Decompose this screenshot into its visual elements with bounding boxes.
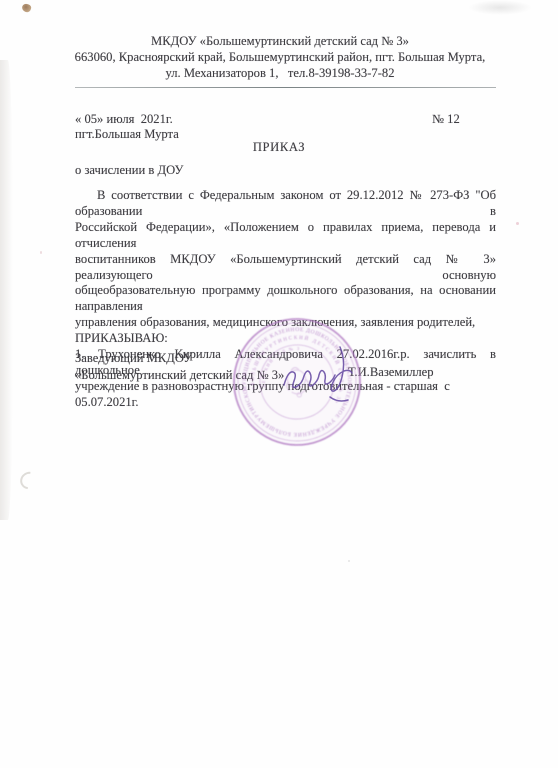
doc-subject: о зачислении в ДОУ <box>75 163 183 179</box>
scan-edge-shadow <box>0 60 13 520</box>
paper-speck <box>516 222 519 225</box>
scanner-smudge <box>468 0 532 15</box>
paper-crease-mark <box>17 468 42 492</box>
paper-speck <box>348 560 350 562</box>
org-contact: ул. Механизаторов 1, тел.8-39198-33-7-82 <box>40 66 520 82</box>
body-line: воспитанников МКДОУ «Большемуртинский де… <box>75 252 496 284</box>
org-name: МКДОУ «Большемуртинский детский сад № 3» <box>40 34 520 50</box>
doc-date: « 05» июля 2021г. <box>75 112 173 128</box>
paper-speck <box>40 251 42 254</box>
doc-number: № 12 <box>432 112 460 128</box>
document-page: МКДОУ «Большемуртинский детский сад № 3»… <box>0 0 558 768</box>
stamp-artwork: МУНИЦИПАЛЬНОЕ КАЗЕННОЕ ДОШКОЛЬНОЕ ОБРАЗО… <box>222 307 370 457</box>
org-address: 663060, Красноярский край, Большемуртинс… <box>40 50 520 66</box>
body-line: Российской Федерации», «Положением о пра… <box>75 220 496 252</box>
paper-speck <box>21 3 32 13</box>
body-line: В соответствии с Федеральным законом от … <box>75 188 496 220</box>
letterhead: МКДОУ «Большемуртинский детский сад № 3»… <box>40 34 520 82</box>
doc-title: ПРИКАЗ <box>0 140 558 156</box>
header-divider <box>75 87 496 88</box>
official-stamp: МУНИЦИПАЛЬНОЕ КАЗЕННОЕ ДОШКОЛЬНОЕ ОБРАЗО… <box>222 307 372 457</box>
